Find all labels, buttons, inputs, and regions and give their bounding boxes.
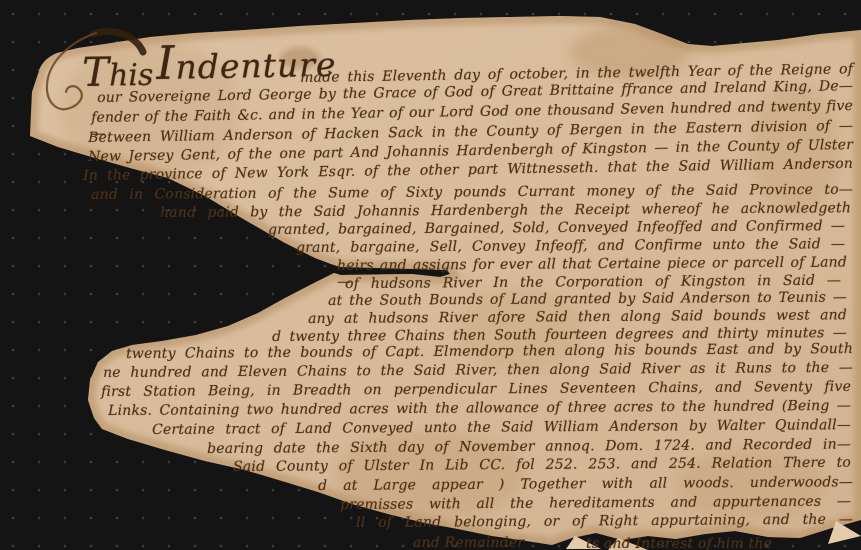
manuscript-text: This Indenture made this Eleventh day of… <box>0 0 861 550</box>
manuscript-line: Said County of Ulster In Lib CC. fol 252… <box>233 455 851 475</box>
manuscript-line: ll of Land belonging, or of Right appurt… <box>356 512 853 531</box>
photo-of-manuscript: This Indenture made this Eleventh day of… <box>0 0 861 550</box>
manuscript-line: at the South Bounds of Land granted by S… <box>328 289 847 309</box>
manuscript-line: grant, bargaine, Sell, Convey Infeoff, a… <box>296 236 845 256</box>
opening-word-this: This <box>82 56 154 94</box>
manuscript-line: Certaine tract of Land Conveyed unto the… <box>152 417 851 438</box>
manuscript-line-fragment: and Remainder <box>413 535 524 550</box>
manuscript-line: twenty Chains to the bounds of Capt. Elm… <box>126 341 853 362</box>
manuscript-line-fragment: ts and Interest of him the <box>586 536 772 550</box>
manuscript-line: bearing date the Sixth day of November a… <box>207 437 851 457</box>
manuscript-line: and in Consideration of the Sume of Sixt… <box>91 182 853 203</box>
manuscript-line: ne hundred and Eleven Chains to the Said… <box>103 360 853 381</box>
manuscript-line: Links. Containing two hundred acres with… <box>108 398 851 419</box>
manuscript-line: premisses with all the hereditaments and… <box>340 493 851 513</box>
manuscript-line: granted, bargained, Bargained, Sold, Con… <box>268 218 845 238</box>
manuscript-line: first Station Being, in Breadth on perpe… <box>101 379 851 400</box>
manuscript-line: d at Large appear ) Together with all wo… <box>318 474 853 494</box>
manuscript-line: any at hudsons River afore Said then alo… <box>308 307 847 327</box>
